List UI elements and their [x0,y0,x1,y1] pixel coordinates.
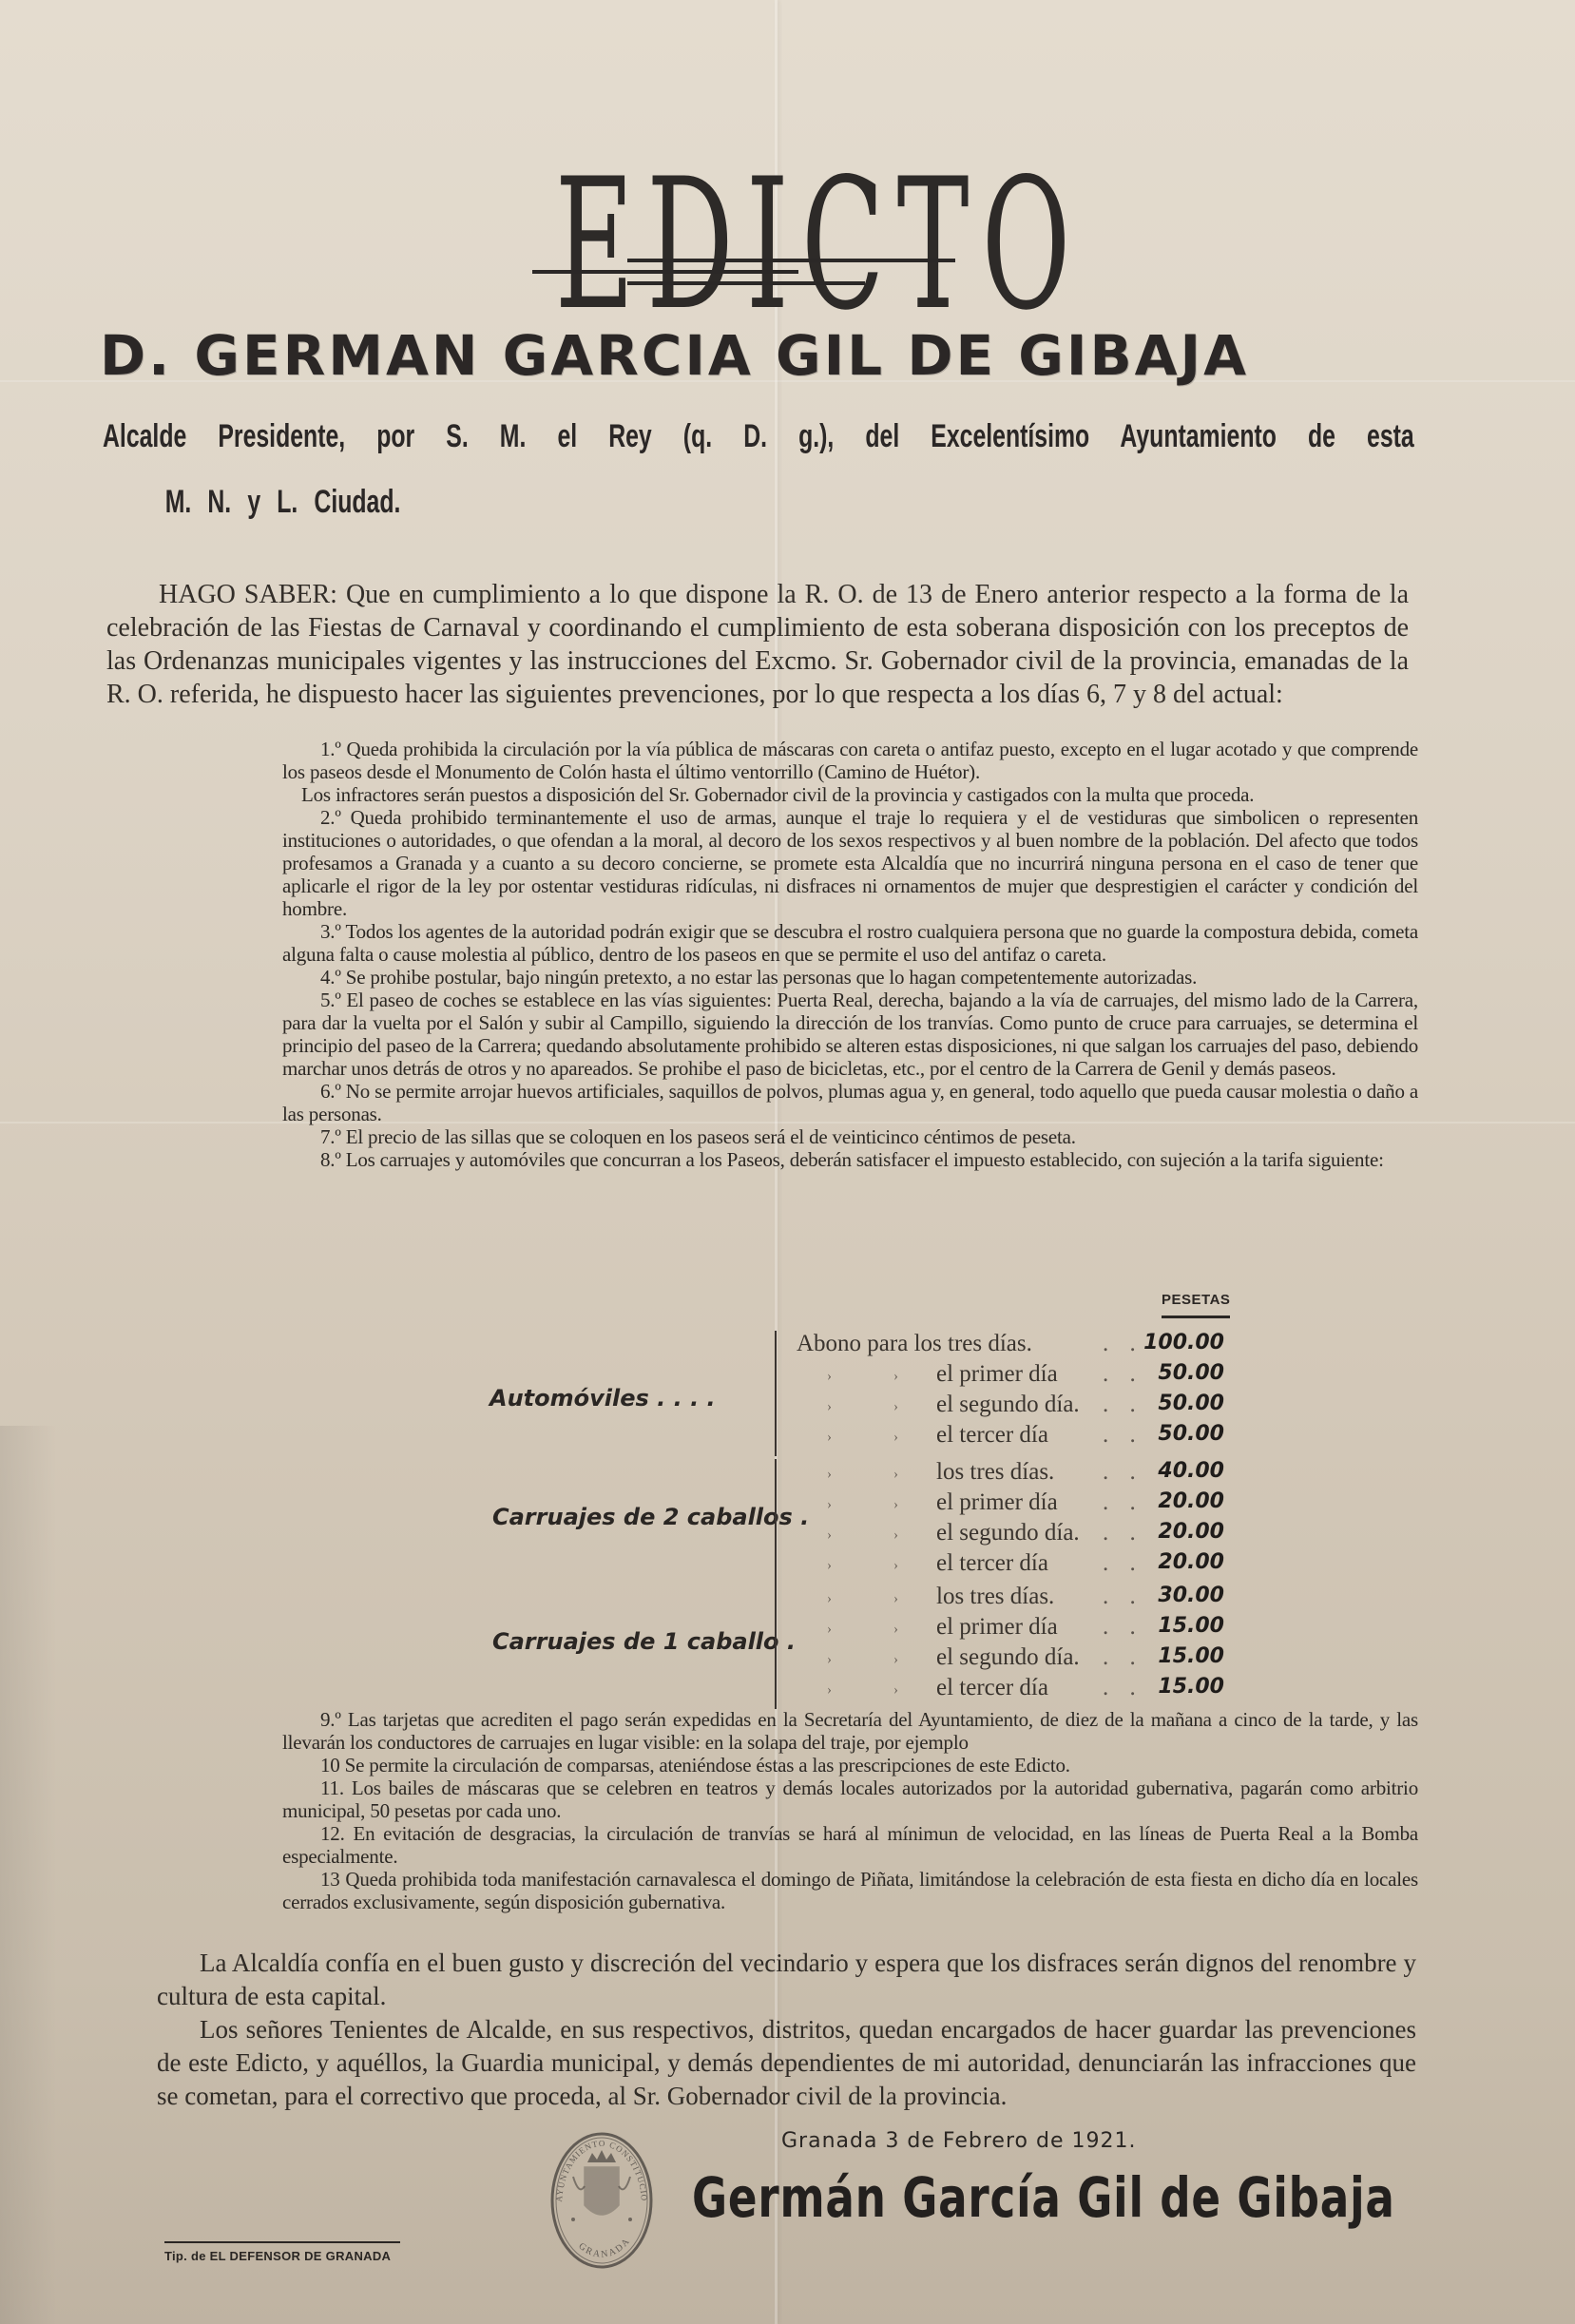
provisions-list: 1.º Queda prohibida la circulación por l… [282,738,1418,1171]
coat-of-arms-icon: AYUNTAMIENTO CONSTITUCIONAL DE GRANADA [545,2129,659,2272]
ditto-mark: › [893,1591,898,1607]
provision-number: 6.º [320,1080,346,1103]
tariff-row-label: Abono para los tres días. [797,1331,1032,1357]
leader-dots: . . [1103,1550,1143,1577]
ditto-mark: › [893,1558,898,1574]
tariff-bracket [775,1584,777,1709]
tariff-row-label: el tercer día [936,1422,1048,1449]
signature: Germán García Gil de Gibaja [692,2165,1395,2230]
tariff-row-label: el segundo día. [936,1520,1080,1546]
edict-title: EDICTO [347,140,1292,350]
provision-text: Se permite la circulación de comparsas, … [345,1754,1070,1777]
municipal-seal: AYUNTAMIENTO CONSTITUCIONAL DE GRANADA [545,2129,659,2272]
ditto-mark: › [893,1652,898,1668]
tariff-row: ››el segundo día.. .20.00 [789,1520,1236,1550]
tariff-row: ››el primer día. .15.00 [789,1614,1236,1644]
provision-number: 9.º [320,1708,348,1731]
provision-number: 4.º [320,966,346,989]
provision-item: 9.º Las tarjetas que acrediten el pago s… [282,1708,1418,1754]
tariff-row-label: el tercer día [936,1550,1048,1577]
tariff-row: ››los tres días.. .40.00 [789,1459,1236,1489]
provision-item: 2.º Queda prohibido terminantemente el u… [282,806,1418,920]
provision-number: 2.º [320,806,351,829]
tariff-amount: 15.00 [1158,1644,1224,1668]
provision-item: 8.º Los carruajes y automóviles que conc… [282,1148,1418,1171]
leader-dots: . . [1103,1520,1143,1546]
provision-text: Queda prohibida toda manifestación carna… [282,1868,1418,1913]
issuer-name: D. GERMAN GARCIA GIL DE GIBAJA [100,323,1450,388]
closing-paragraph: Los señores Tenientes de Alcalde, en sus… [157,2013,1416,2113]
tariff-category: Automóviles . . . . [490,1385,716,1412]
provision-item: 11. Los bailes de máscaras que se celebr… [282,1777,1418,1822]
ditto-mark: › [827,1682,832,1699]
tariff-row: Abono para los tres días.. .100.00 [789,1331,1236,1361]
provision-number: 10 [320,1754,345,1777]
ditto-mark: › [827,1399,832,1415]
leader-dots: . . [1103,1459,1143,1486]
leader-dots: . . [1103,1422,1143,1449]
ditto-mark: › [827,1527,832,1544]
tariff-category: Carruajes de 2 caballos . [492,1504,809,1530]
ditto-mark: › [893,1369,898,1385]
provision-item: 7.º El precio de las sillas que se coloq… [282,1125,1418,1148]
tariff-row-label: el segundo día. [936,1392,1080,1418]
provision-number: 12. [320,1822,353,1845]
provision-text: El precio de las sillas que se coloquen … [346,1125,1076,1148]
provision-text: Los bailes de máscaras que se celebren e… [282,1777,1418,1822]
provision-number: 5.º [320,989,346,1011]
provisions-list-continued: 9.º Las tarjetas que acrediten el pago s… [282,1708,1418,1913]
tariff-row: ››el tercer día. .20.00 [789,1550,1236,1581]
intro-text: HAGO SABER: Que en cumplimiento a lo que… [106,578,1409,711]
tariff-amount: 50.00 [1158,1361,1224,1385]
tariff-row: ››los tres días.. .30.00 [789,1584,1236,1614]
tariff-amount: 30.00 [1158,1584,1224,1607]
provision-number: 11. [320,1777,352,1799]
tariff-amount: 20.00 [1158,1520,1224,1544]
leader-dots: . . [1103,1392,1143,1418]
ditto-mark: › [827,1591,832,1607]
dateline: Granada 3 de Febrero de 1921. [781,2129,1136,2153]
ditto-mark: › [827,1430,832,1446]
provision-item: 13 Queda prohibida toda manifestación ca… [282,1868,1418,1913]
provision-item: 12. En evitación de desgracias, la circu… [282,1822,1418,1868]
tariff-amount: 50.00 [1158,1392,1224,1415]
tariff-amount: 15.00 [1158,1675,1224,1699]
ditto-mark: › [827,1652,832,1668]
tariff-currency-header: PESETAS [1162,1292,1230,1318]
tariff-row: ››el primer día. .50.00 [789,1361,1236,1392]
tariff-row: ››el primer día. .20.00 [789,1489,1236,1520]
tariff-category: Carruajes de 1 caballo . [492,1628,796,1655]
leader-dots: . . [1103,1614,1143,1641]
provision-number: 3.º [320,920,345,943]
title-ornament-rule [532,259,955,287]
leader-dots: . . [1103,1644,1143,1671]
tariff-bracket [775,1459,777,1585]
ditto-mark: › [893,1399,898,1415]
provision-text: En evitación de desgracias, la circulaci… [282,1822,1418,1868]
printer-credit: Tip. de EL DEFENSOR DE GRANADA [164,2241,400,2263]
tariff-row-label: los tres días. [936,1459,1054,1486]
provision-number: 13 [320,1868,345,1891]
tariff-row: ››el segundo día.. .50.00 [789,1392,1236,1422]
provision-text: Todos los agentes de la autoridad podrán… [282,920,1418,966]
tariff-row: ››el tercer día. .50.00 [789,1422,1236,1452]
tariff-row-label: el primer día [936,1361,1058,1388]
provision-item: 1.º Queda prohibida la circulación por l… [282,738,1418,783]
provision-text: Queda prohibida la circulación por la ví… [282,738,1418,783]
tariff-amount: 15.00 [1158,1614,1224,1638]
provision-number: 1.º [320,738,346,760]
tariff-row-label: el tercer día [936,1675,1048,1701]
provision-text: Queda prohibido terminantemente el uso d… [282,806,1418,920]
ditto-mark: › [893,1527,898,1544]
closing-paragraphs: La Alcaldía confía en el buen gusto y di… [157,1947,1416,2113]
ditto-mark: › [827,1558,832,1574]
provision-text: Los carruajes y automóviles que concurra… [346,1148,1384,1171]
tariff-row-label: el segundo día. [936,1644,1080,1671]
provision-text: Las tarjetas que acrediten el pago serán… [282,1708,1418,1754]
provision-item: 5.º El paseo de coches se establece en l… [282,989,1418,1080]
tariff-row-label: los tres días. [936,1584,1054,1610]
intro-paragraph: HAGO SABER: Que en cumplimiento a lo que… [106,578,1409,711]
leader-dots: . . [1103,1675,1143,1701]
provision-text: Los infractores serán puestos a disposic… [301,783,1254,806]
provision-item: Los infractores serán puestos a disposic… [282,783,1418,806]
ditto-mark: › [827,1369,832,1385]
tariff-amount: 100.00 [1143,1331,1224,1354]
svg-text:GRANADA: GRANADA [576,2236,633,2260]
provision-number: 8.º [320,1148,346,1171]
ditto-mark: › [827,1497,832,1513]
tariff-bracket [775,1331,777,1456]
tariff-row-label: el primer día [936,1614,1058,1641]
tariff-amount: 40.00 [1158,1459,1224,1483]
tariff-row-label: el primer día [936,1489,1058,1516]
ditto-mark: › [827,1467,832,1483]
leader-dots: . . [1103,1489,1143,1516]
ditto-mark: › [893,1467,898,1483]
provision-item: 6.º No se permite arrojar huevos artific… [282,1080,1418,1125]
closing-paragraph: La Alcaldía confía en el buen gusto y di… [157,1947,1416,2013]
leader-dots: . . [1103,1584,1143,1610]
issuer-role-line-1: Alcalde Presidente, por S. M. el Rey (q.… [103,418,1414,455]
ditto-mark: › [893,1622,898,1638]
issuer-role-line-2: M. N. y L. Ciudad. [103,484,1074,521]
provision-text: No se permite arrojar huevos artificiale… [282,1080,1418,1125]
ditto-mark: › [827,1622,832,1638]
tariff-amount: 50.00 [1158,1422,1224,1446]
leader-dots: . . [1103,1361,1143,1388]
provision-item: 10 Se permite la circulación de comparsa… [282,1754,1418,1777]
paper-shadow [0,1426,57,2324]
tariff-row: ››el segundo día.. .15.00 [789,1644,1236,1675]
ditto-mark: › [893,1497,898,1513]
ditto-mark: › [893,1430,898,1446]
ditto-mark: › [893,1682,898,1699]
tariff-amount: 20.00 [1158,1489,1224,1513]
issuer-role: Alcalde Presidente, por S. M. el Rey (q.… [103,418,1074,521]
provision-text: El paseo de coches se establece en las v… [282,989,1418,1080]
provision-item: 3.º Todos los agentes de la autoridad po… [282,920,1418,966]
tariff-amount: 20.00 [1158,1550,1224,1574]
provision-item: 4.º Se prohibe postular, bajo ningún pre… [282,966,1418,989]
tariff-row: ››el tercer día. .15.00 [789,1675,1236,1705]
leader-dots: . . [1103,1331,1143,1357]
provision-number: 7.º [320,1125,346,1148]
provision-text: Se prohibe postular, bajo ningún pretext… [346,966,1197,989]
